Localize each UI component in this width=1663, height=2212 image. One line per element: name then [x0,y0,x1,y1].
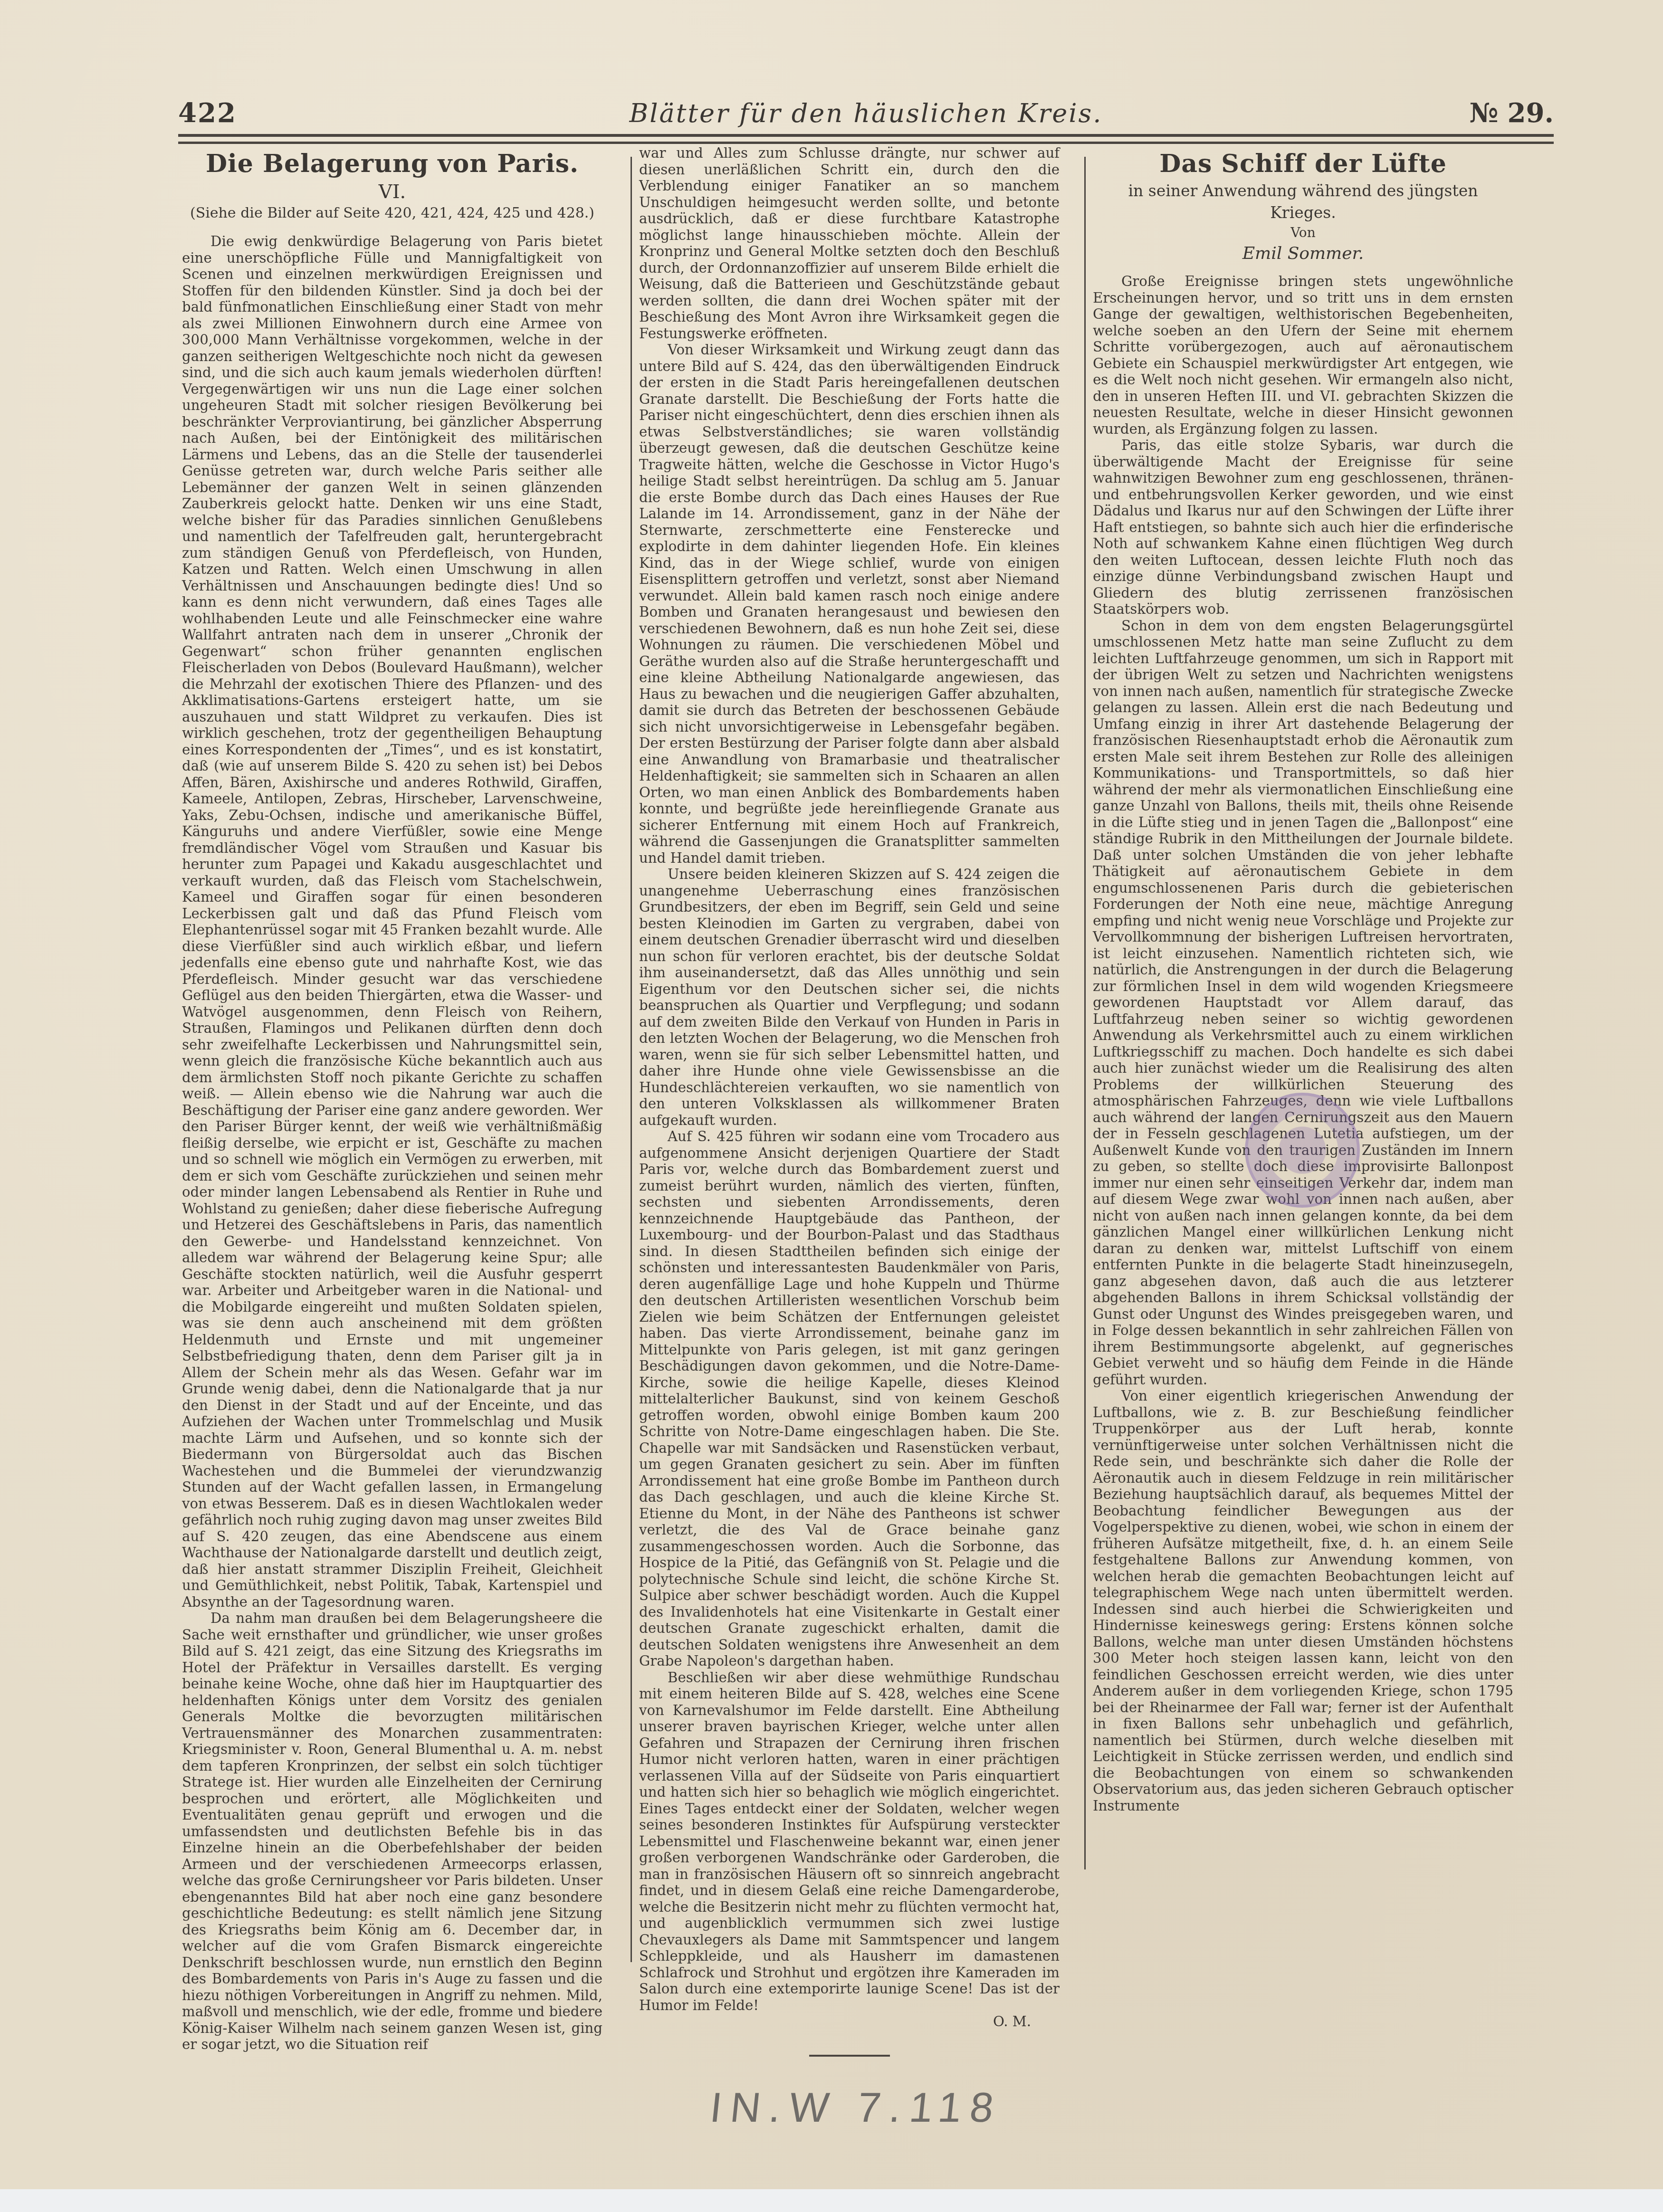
column-divider [1084,157,1086,1869]
paragraph: Auf S. 425 führen wir sodann eine vom Tr… [639,1128,1060,1669]
newspaper-page: 422 Blätter für den häuslichen Kreis. № … [0,0,1663,2189]
paragraph: Unsere beiden kleineren Skizzen auf S. 4… [639,866,1060,1128]
paragraph: Große Ereignisse bringen stets ungewöhnl… [1093,273,1513,437]
article-title: Die Belagerung von Paris. [182,149,602,179]
article-image-reference: (Siehe die Bilder auf Seite 420, 421, 42… [182,204,602,223]
article-part-number: VI. [182,180,602,204]
header-rule-bottom [178,142,1554,144]
byline-label: Von [1093,224,1513,242]
column-divider [631,157,632,1962]
paragraph: Schon in dem von dem engsten Belagerungs… [1093,618,1513,1388]
scan-background-edge [0,2189,1663,2212]
author-name: Emil Sommer. [1093,242,1513,266]
journal-title: Blätter für den häuslichen Kreis. [178,98,1554,128]
paragraph: Von dieser Wirksamkeit und Wirkung zeugt… [639,342,1060,866]
header-rule-top [178,134,1554,137]
paragraph: Paris, das eitle stolze Sybaris, war dur… [1093,437,1513,618]
author-signature: O. M. [639,2013,1060,2030]
library-stamp [1245,1093,1360,1208]
paragraph: Da nahm man draußen bei dem Belagerungsh… [182,1610,602,2053]
handwritten-inventory-number: IN.W 7.118 [708,2083,1004,2132]
paragraph: Beschließen wir aber diese wehmüthige Ru… [639,1669,1060,2014]
paragraph: Von einer eigentlich kriegerischen Anwen… [1093,1388,1513,1814]
column-3: Das Schiff der Lüfte in seiner Anwendung… [1093,145,1513,1814]
column-1: Die Belagerung von Paris. VI. (Siehe die… [182,145,602,2053]
article-end-rule [809,2055,890,2057]
article-subtitle: in seiner Anwendung während des jüngsten… [1093,180,1513,224]
article-title: Das Schiff der Lüfte [1093,149,1513,179]
column-2: war und Alles zum Schlusse drängte, nur … [639,145,1060,2057]
paragraph: war und Alles zum Schlusse drängte, nur … [639,145,1060,342]
paragraph: Die ewig denkwürdige Belagerung von Pari… [182,233,602,1610]
page-header: 422 Blätter für den häuslichen Kreis. № … [178,97,1554,131]
issue-number: № 29. [1469,97,1554,129]
